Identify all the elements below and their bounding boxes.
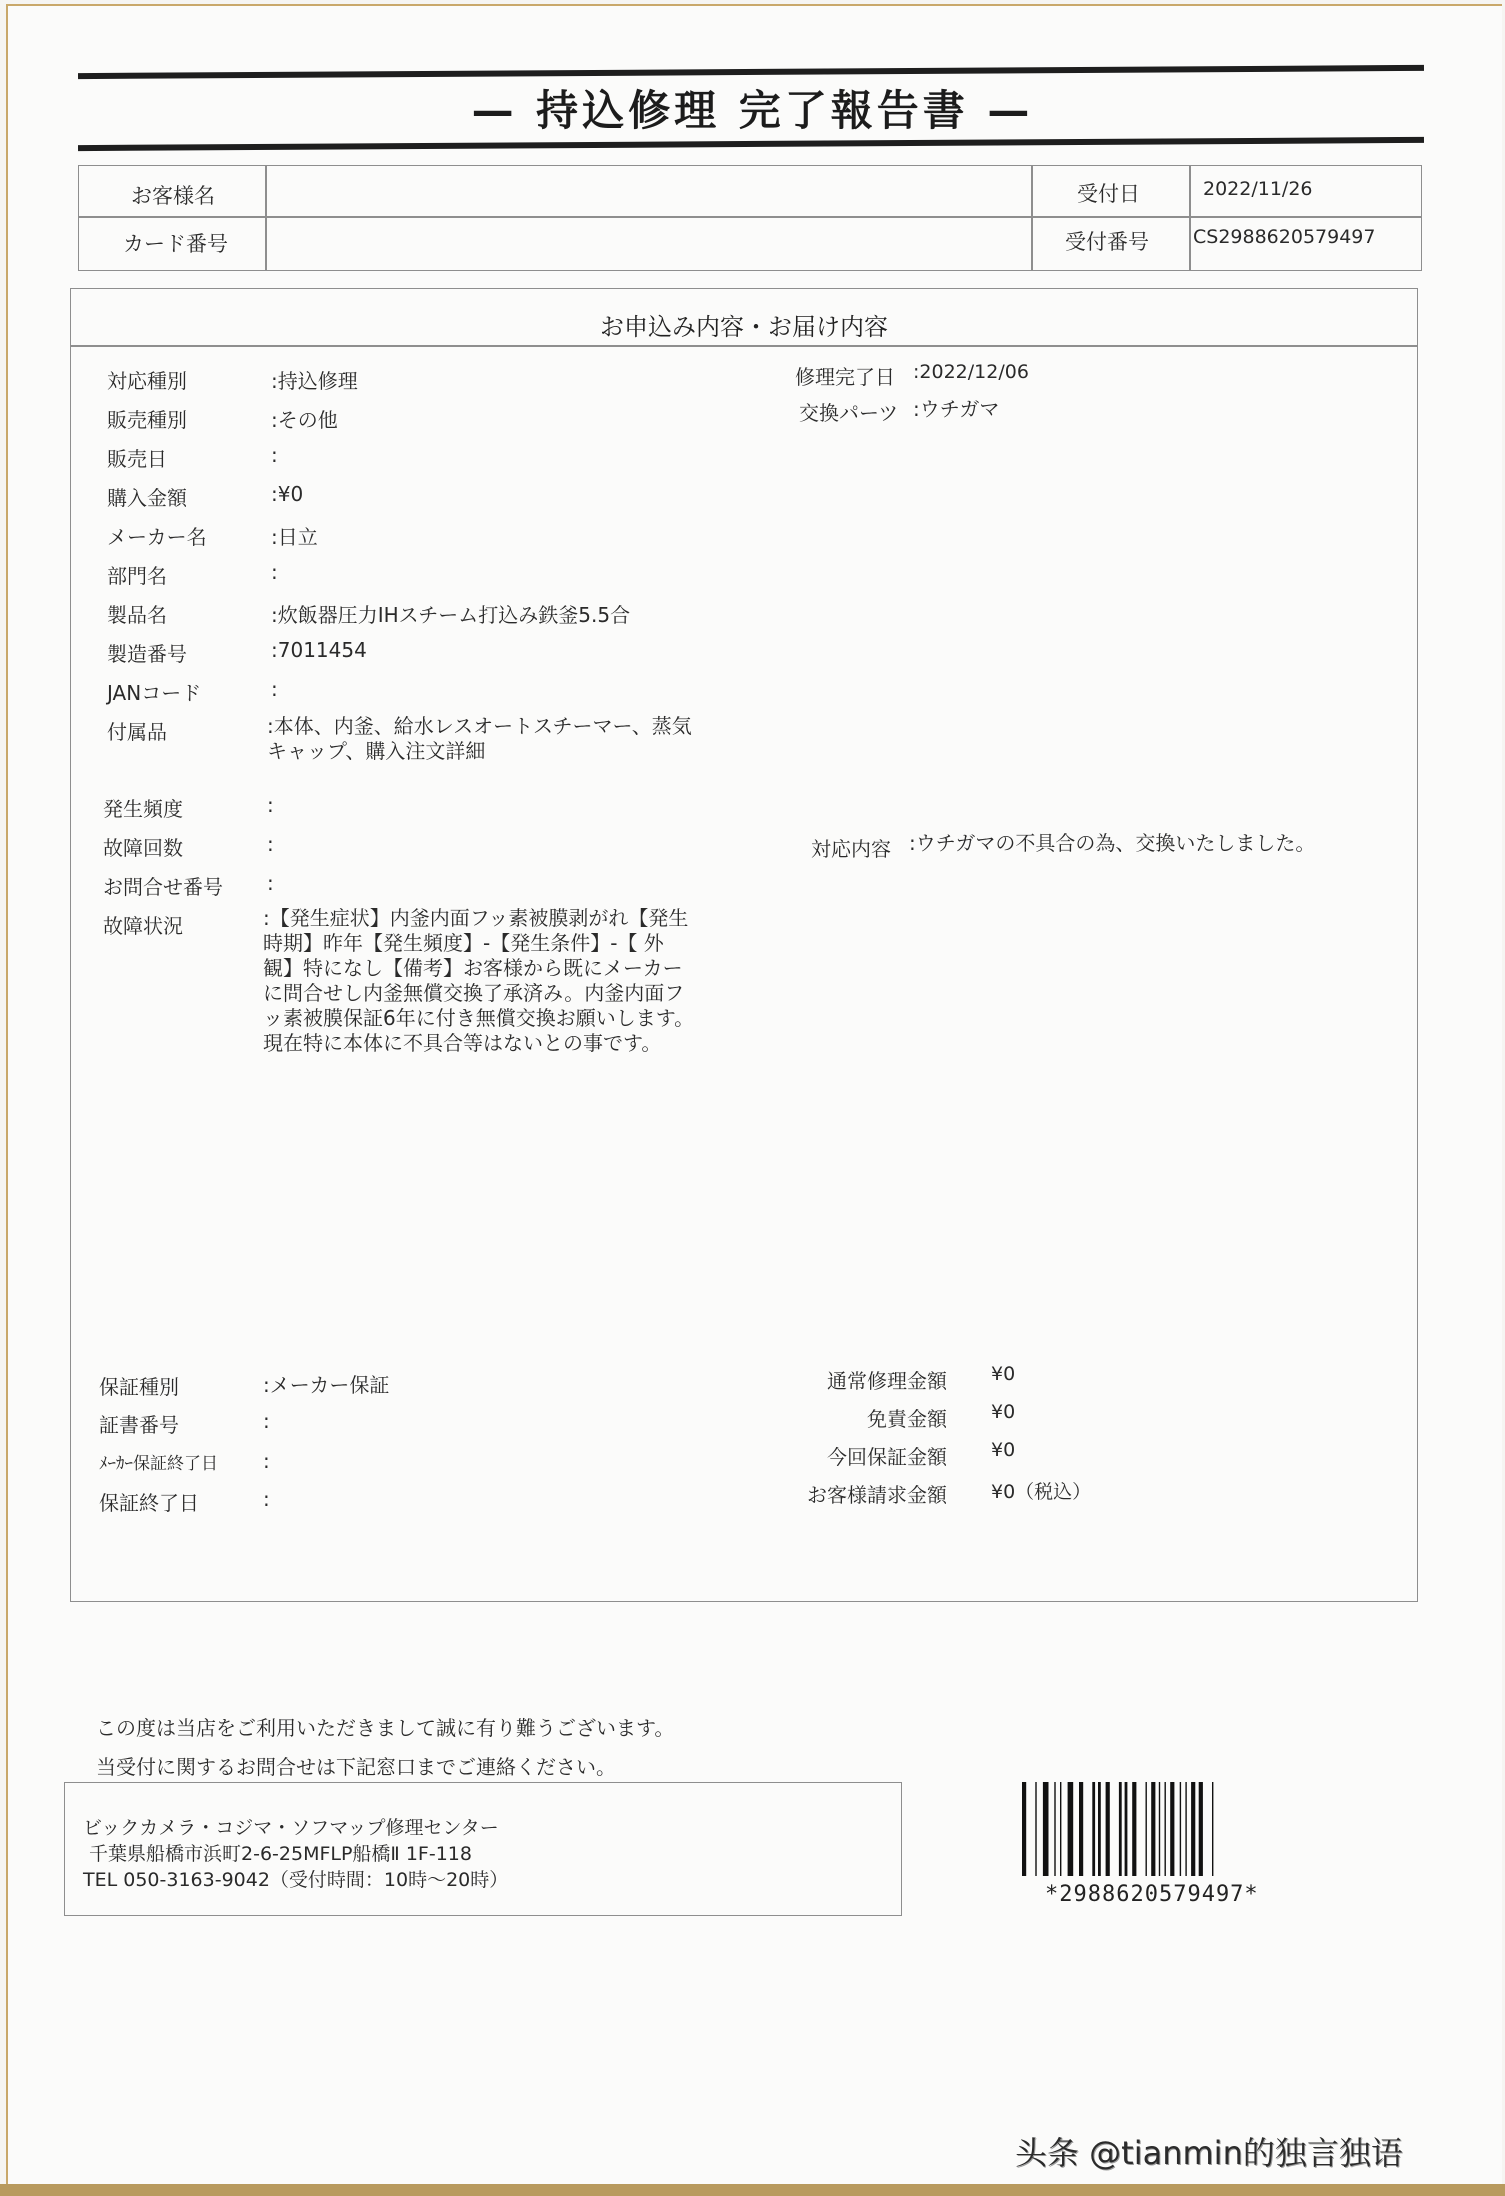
barcode-number: *2988620579497* <box>1045 1882 1259 1907</box>
field-value: :¥0 <box>271 482 303 506</box>
card-number-label: カード番号 <box>123 228 228 258</box>
amount-sep: : <box>887 1441 894 1465</box>
field-label: 保証終了日 <box>99 1487 199 1516</box>
field-value: : <box>267 832 274 856</box>
document-title: — 持込修理 完了報告書 — <box>0 78 1505 138</box>
field-label: お問合せ番号 <box>103 871 223 900</box>
field-value: : <box>267 793 274 817</box>
field-label: 付属品 <box>107 716 167 745</box>
field-value: : <box>271 560 278 584</box>
amount-total-value: ¥0（税込） <box>991 1477 1091 1504</box>
amount-value: ¥0 <box>991 1401 1015 1423</box>
section-title: お申込み内容・お届け内容 <box>71 307 1417 342</box>
field-value: : <box>271 677 278 701</box>
amount-sep: : <box>887 1403 894 1427</box>
field-value: :ウチガマ <box>913 393 999 422</box>
barcode <box>1018 1782 1288 1876</box>
field-label: 製造番号 <box>107 638 187 667</box>
thanks-message: この度は当店をご利用いただきまして誠に有り難うございます。 <box>96 1712 674 1741</box>
amount-label: お客様請求金額 <box>807 1479 947 1508</box>
amount-label: 免責金額 <box>867 1403 947 1432</box>
amount-value: ¥0 <box>991 1363 1015 1385</box>
field-label: JANコード <box>107 677 201 706</box>
reception-number-value: CS2988620579497 <box>1193 226 1375 248</box>
amount-sep: : <box>887 1479 894 1503</box>
contact-box: ビックカメラ・コジマ・ソフマップ修理センター 千葉県船橋市浜町2-6-25MFL… <box>64 1782 902 1916</box>
amount-sep: : <box>887 1365 894 1389</box>
action-value: :ウチガマの不具合の為、交換いたしました。 <box>909 827 1315 856</box>
field-value: : <box>263 1409 270 1433</box>
center-address: 千葉県船橋市浜町2-6-25MFLP船橋Ⅱ 1F-118 <box>89 1839 472 1866</box>
field-label: ﾒｰｶｰ保証終了日 <box>99 1449 218 1474</box>
field-value: : <box>267 871 274 895</box>
field-value: :2022/12/06 <box>913 361 1029 383</box>
field-label: 販売日 <box>107 443 167 472</box>
field-value: :7011454 <box>271 638 367 662</box>
details-section: お申込み内容・お届け内容 対応種別 :持込修理 販売種別 :その他 販売日 : … <box>70 288 1418 1602</box>
field-value: :持込修理 <box>271 365 358 394</box>
action-label: 対応内容 <box>811 833 891 862</box>
field-label: 購入金額 <box>107 482 187 511</box>
field-label: 発生頻度 <box>103 793 183 822</box>
inquiry-message: 当受付に関するお問合せは下記窓口までご連絡ください。 <box>96 1751 616 1780</box>
center-name: ビックカメラ・コジマ・ソフマップ修理センター <box>83 1813 499 1840</box>
reception-number-label: 受付番号 <box>1065 226 1149 256</box>
header-table: お客様名 カード番号 受付日 2022/11/26 受付番号 CS2988620… <box>78 165 1422 271</box>
field-label: 交換パーツ <box>799 397 898 426</box>
reception-date-value: 2022/11/26 <box>1203 178 1313 200</box>
field-value: :メーカー保証 <box>263 1369 389 1398</box>
field-value: : <box>271 443 278 467</box>
watermark: 头条 @tianmin的独言独语 <box>1015 2128 1403 2174</box>
field-value: :炊飯器圧力IHスチーム打込み鉄釜5.5合 <box>271 599 630 628</box>
reception-date-label: 受付日 <box>1077 178 1140 208</box>
desk-edge <box>0 2184 1505 2196</box>
field-label: 証書番号 <box>99 1409 179 1438</box>
field-label: 部門名 <box>107 560 167 589</box>
customer-name-label: お客様名 <box>131 180 215 210</box>
field-label: 製品名 <box>107 599 167 628</box>
field-value: : <box>263 1449 270 1473</box>
field-value: :【発生症状】内釜内面フッ素被膜剥がれ【発生時期】昨年【発生頻度】-【発生条件】… <box>263 906 695 1056</box>
field-value: : <box>263 1487 270 1511</box>
field-label: メーカー名 <box>107 521 207 550</box>
center-phone: TEL 050-3163-9042（受付時間：10時～20時） <box>83 1865 508 1892</box>
field-label: 保証種別 <box>99 1371 179 1400</box>
field-label: 修理完了日 <box>795 361 895 390</box>
field-value: :その他 <box>271 404 338 433</box>
field-label: 故障回数 <box>103 832 183 861</box>
amount-value: ¥0 <box>991 1439 1015 1461</box>
field-value: :日立 <box>271 521 318 550</box>
field-label: 故障状況 <box>103 910 183 939</box>
field-label: 販売種別 <box>107 404 187 433</box>
field-label: 対応種別 <box>107 365 187 394</box>
field-value: :本体、内釜、給水レスオートスチーマー、蒸気キャップ、購入注文詳細 <box>267 714 707 764</box>
